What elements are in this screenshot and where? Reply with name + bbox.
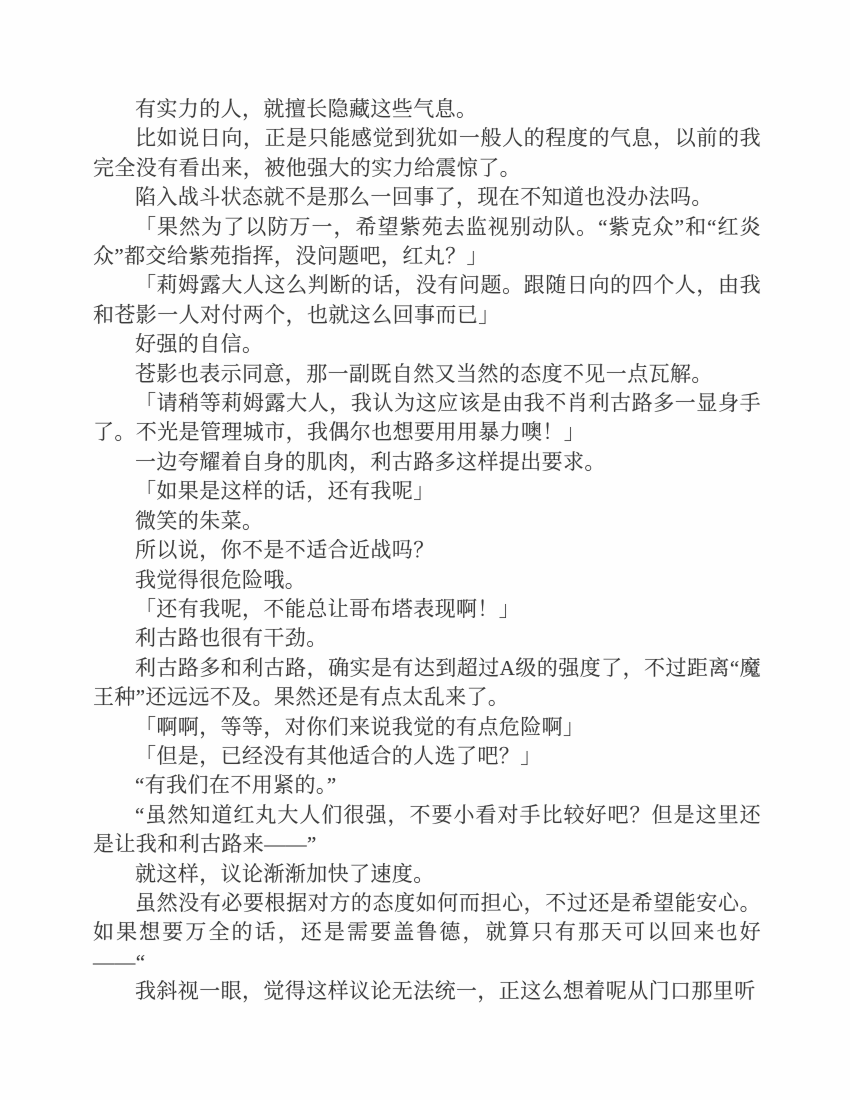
novel-page: 有实力的人，就擅长隐藏这些气息。 比如说日向，正是只能感觉到犹如一般人的程度的气… <box>0 0 850 1100</box>
paragraph: 就这样，议论渐渐加快了速度。 <box>93 860 761 889</box>
paragraph: 陷入战斗状态就不是那么一回事了，现在不知道也没办法吗。 <box>93 183 761 212</box>
paragraph: 「果然为了以防万一，希望紫苑去监视别动队。“紫克众”和“红炎众”都交给紫苑指挥，… <box>93 213 761 272</box>
paragraph: “虽然知道红丸大人们很强，不要小看对手比较好吧？但是这里还是让我和利古路来——” <box>93 801 761 860</box>
paragraph: 「啊啊，等等，对你们来说我觉的有点危险啊」 <box>93 713 761 742</box>
paragraph: 利古路也很有干劲。 <box>93 624 761 653</box>
paragraph: 所以说，你不是不适合近战吗？ <box>93 536 761 565</box>
paragraph: 我斜视一眼，觉得这样议论无法统一，正这么想着呢从门口那里听 <box>93 977 761 1006</box>
paragraph: 微笑的朱菜。 <box>93 507 761 536</box>
paragraph: 比如说日向，正是只能感觉到犹如一般人的程度的气息，以前的我完全没有看出来，被他强… <box>93 124 761 183</box>
paragraph: 苍影也表示同意，那一副既自然又当然的态度不见一点瓦解。 <box>93 360 761 389</box>
paragraph: 「还有我呢，不能总让哥布塔表现啊！」 <box>93 595 761 624</box>
paragraph: 虽然没有必要根据对方的态度如何而担心，不过还是希望能安心。如果想要万全的话，还是… <box>93 889 761 977</box>
paragraph: 「但是，已经没有其他适合的人选了吧？」 <box>93 742 761 771</box>
paragraph: 「如果是这样的话，还有我呢」 <box>93 477 761 506</box>
paragraph: 一边夸耀着自身的肌肉，利古路多这样提出要求。 <box>93 448 761 477</box>
paragraph: 好强的自信。 <box>93 330 761 359</box>
text-block: 有实力的人，就擅长隐藏这些气息。 比如说日向，正是只能感觉到犹如一般人的程度的气… <box>93 95 761 1007</box>
paragraph: 「请稍等莉姆露大人，我认为这应该是由我不肖利古路多一显身手了。不光是管理城市，我… <box>93 389 761 448</box>
paragraph: 我觉得很危险哦。 <box>93 566 761 595</box>
paragraph: 「莉姆露大人这么判断的话，没有问题。跟随日向的四个人，由我和苍影一人对付两个，也… <box>93 271 761 330</box>
paragraph: 利古路多和利古路，确实是有达到超过A级的强度了，不过距离“魔王种”还远远不及。果… <box>93 654 761 713</box>
paragraph: “有我们在不用紧的。” <box>93 771 761 800</box>
paragraph: 有实力的人，就擅长隐藏这些气息。 <box>93 95 761 124</box>
